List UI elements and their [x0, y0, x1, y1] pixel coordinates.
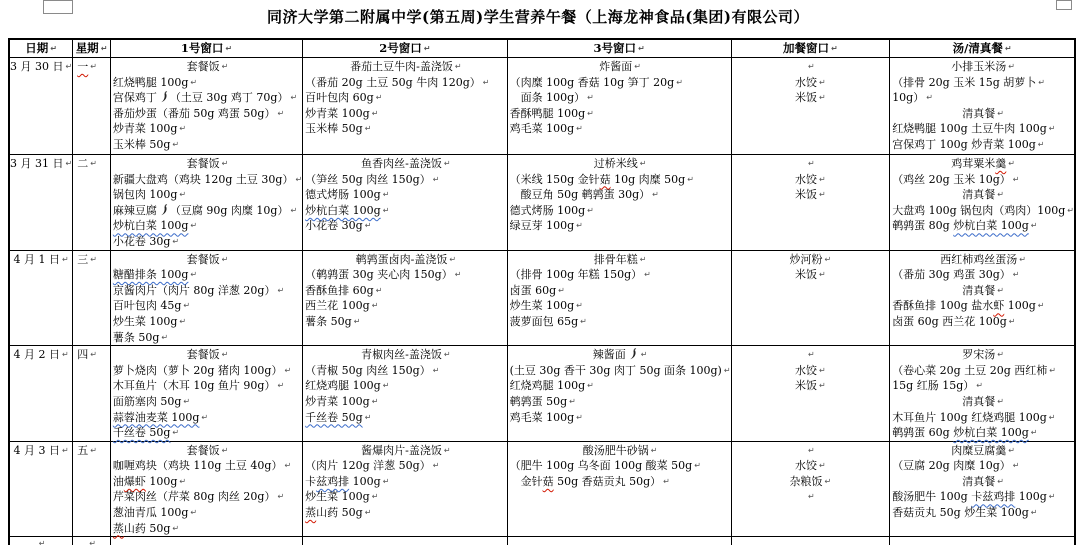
text-segment: 玉米棒 50g — [113, 138, 171, 151]
extra-window-lines: ↵水饺↵米饭↵ — [732, 58, 890, 106]
text-segment: 番茄炒蛋（番茄 50g 鸡蛋 50g） — [113, 107, 276, 120]
extra-window-lines: 炒河粉↵米饭↵ — [732, 251, 890, 283]
menu-line: 酸汤肥牛砂锅↵ — [510, 443, 731, 459]
menu-line: 清真餐↵ — [892, 187, 1074, 203]
paragraph-mark-icon: ↵ — [433, 461, 440, 470]
menu-line: 清真餐↵ — [892, 394, 1074, 410]
menu-line: 木耳鱼片 100g 红烧鸡腿 100g↵ — [892, 410, 1074, 426]
paragraph-mark-icon: ↵ — [179, 124, 186, 133]
window2-cell: 鹌鹑蛋卤肉-盖浇饭↵（鹌鹑蛋 30g 夹心肉 150g）↵香酥鱼排 60g↵西兰… — [303, 250, 507, 346]
header-cell-5: 加餐窗口↵ — [731, 39, 890, 58]
window3-cell-lines: 炸酱面↵（肉糜 100g 香菇 10g 笋丁 20g↵面条 100g）↵香酥鸭腿… — [508, 58, 731, 137]
menu-line: 炸酱面↵ — [510, 59, 731, 75]
window3-cell: 辣酱面↵(土豆 30g 香干 30g 肉丁 50g 面条 100g)↵红烧鸡腿 … — [507, 346, 731, 442]
menu-line: 排骨年糕↵ — [510, 252, 731, 268]
menu-line: 肉糜豆腐羹↵ — [892, 443, 1074, 459]
paragraph-mark-icon: ↵ — [1031, 221, 1038, 230]
window1-cell: 套餐饭↵红烧鸭腿 100g↵宫保鸡丁（土豆 30g 鸡丁 70g）↵番茄炒蛋（番… — [110, 58, 302, 155]
text-segment: 100g — [146, 475, 178, 488]
text-segment: 面条 100g） — [521, 91, 586, 104]
misspelled-text-segment: 炒杭白菜 100g — [953, 219, 1029, 232]
paragraph-mark-icon: ↵ — [576, 124, 583, 133]
paragraph-mark-icon: ↵ — [372, 492, 379, 501]
text-segment: （番茄 20g 土豆 50g 牛肉 120g） — [305, 76, 481, 89]
header-cell-6: 汤/清真餐↵ — [890, 39, 1075, 58]
chili-icon — [158, 204, 169, 216]
paragraph-mark-icon: ↵ — [50, 44, 57, 53]
window2-cell: 鱼香肉丝-盖浇饭↵（笋丝 50g 肉丝 150g）↵德式烤肠 100g↵炒杭白菜… — [303, 155, 507, 251]
text-segment: 肉糜豆腐羹 — [951, 444, 1006, 457]
paragraph-mark-icon: ↵ — [587, 206, 594, 215]
menu-line: 油爆虾 100g↵ — [113, 474, 302, 490]
paragraph-mark-icon: ↵ — [997, 350, 1004, 359]
menu-line: 红烧鸭腿 100g 土豆牛肉 100g↵ — [892, 121, 1074, 137]
window2-cell: 番茄土豆牛肉-盖浇饭↵（番茄 20g 土豆 50g 牛肉 120g）↵百叶包肉 … — [303, 58, 507, 155]
text-segment: 清真餐 — [962, 475, 995, 488]
paragraph-mark-icon: ↵ — [644, 270, 651, 279]
menu-line: 面筋塞肉 50g↵ — [113, 394, 302, 410]
menu-line: 番茄炒蛋（番茄 50g 鸡蛋 50g）↵ — [113, 106, 302, 122]
date-text: 4 月 2 日 — [14, 348, 61, 361]
text-segment: 小花卷 30g — [305, 219, 363, 232]
paragraph-mark-icon: ↵ — [638, 44, 645, 53]
menu-line: 套餐饭↵ — [113, 443, 302, 459]
misspelled-text-segment: 蒸 — [113, 522, 124, 535]
extra-window-lines: ↵水饺↵杂粮饭↵↵ — [732, 442, 890, 505]
menu-line: 京酱肉片（肉片 80g 洋葱 20g）↵ — [113, 283, 302, 299]
menu-line: 辣酱面↵ — [510, 347, 731, 363]
menu-line: 炒生菜 100g↵ — [510, 298, 731, 314]
paragraph-mark-icon: ↵ — [161, 333, 168, 342]
paragraph-mark-icon: ↵ — [90, 159, 97, 168]
text-segment: 宫保鸡丁 — [113, 91, 157, 104]
soup-halal-lines: 罗宋汤↵（卷心菜 20g 土豆 20g 西红柿↵15g 红肠 15g）↵清真餐↵… — [890, 346, 1074, 441]
paragraph-mark-icon: ↵ — [290, 206, 297, 215]
misspelled-text-segment: 兹鸡排 — [316, 475, 349, 488]
paragraph-mark-icon: ↵ — [39, 539, 46, 545]
paragraph-mark-icon: ↵ — [1008, 62, 1015, 71]
text-segment: （豆腐 20g 肉糜 10g） — [892, 459, 1011, 472]
paragraph-mark-icon: ↵ — [825, 477, 832, 486]
text-segment: 西兰花 100g — [305, 299, 370, 312]
menu-line: 水饺↵ — [732, 363, 890, 379]
paragraph-mark-icon: ↵ — [819, 190, 826, 199]
paragraph-mark-icon: ↵ — [444, 159, 451, 168]
date-cell: 4 月 3 日↵ — [9, 441, 73, 537]
text-segment: 红烧鸡腿 100g — [305, 379, 381, 392]
window2-cell-lines: 酱爆肉片-盖浇饭↵（肉片 120g 洋葱 50g）↵卡兹鸡排 100g↵炒生菜 … — [303, 442, 506, 521]
text-segment: 香酥鱼排 100g 盐水 — [892, 299, 993, 312]
menu-line: 红烧鸭腿 100g↵ — [113, 75, 302, 91]
paragraph-mark-icon: ↵ — [449, 255, 456, 264]
menu-line: 酸汤肥牛 100g 卡兹鸡排 100g↵ — [892, 489, 1074, 505]
paragraph-mark-icon: ↵ — [190, 508, 197, 517]
paragraph-mark-icon: ↵ — [687, 175, 694, 184]
menu-line: 宫保鸡丁 100g 炒青菜 100g↵ — [892, 137, 1074, 153]
menu-line: 炒青菜 100g↵ — [113, 121, 302, 137]
paragraph-mark-icon: ↵ — [222, 446, 229, 455]
text-segment: 青椒肉丝-盖浇饭 — [361, 348, 442, 361]
extra-window-cell: ↵水饺↵米饭↵ — [731, 155, 890, 251]
menu-line: 玉米棒 50g↵ — [305, 121, 506, 137]
menu-line: 鹌鹑蛋卤肉-盖浇饭↵ — [305, 252, 506, 268]
text-segment: （笋丝 50g 肉丝 150g） — [305, 173, 431, 186]
menu-line: 千丝卷 50g↵ — [113, 425, 302, 441]
window2-cell: 青椒肉丝-盖浇饭↵（青椒 50g 肉丝 150g）↵红烧鸡腿 100g↵炒青菜 … — [303, 346, 507, 442]
menu-line: 宫保鸡丁（土豆 30g 鸡丁 70g）↵ — [113, 90, 302, 106]
text-segment: 新疆大盘鸡（鸡块 120g 土豆 30g） — [113, 173, 294, 186]
paragraph-mark-icon: ↵ — [1008, 159, 1015, 168]
weekday-cell: 五↵ — [73, 441, 111, 537]
text-segment: 京酱肉片（肉片 80g 洋葱 20g） — [113, 284, 276, 297]
paragraph-mark-icon: ↵ — [433, 175, 440, 184]
header-cell-3: 2号窗口↵ — [303, 39, 507, 58]
extra-window-cell: ↵水饺↵米饭↵ — [731, 58, 890, 155]
menu-line: 鸡毛菜 100g↵ — [510, 121, 731, 137]
text-segment: 木耳鱼片 100g 红烧鸡腿 100g — [892, 411, 1047, 424]
paragraph-mark-icon: ↵ — [277, 286, 284, 295]
text-segment: （番茄 30g 鸡蛋 30g） — [892, 268, 1011, 281]
menu-line: 酸豆角 50g 鹌鹑蛋 30g）↵ — [510, 187, 731, 203]
text-segment: 炒青菜 100g — [305, 107, 370, 120]
text-segment: （鸡丝 20g 玉米 10g） — [892, 173, 1011, 186]
menu-line: 鸡茸粟米羹↵ — [892, 156, 1074, 172]
text-segment: （排骨 100g 年糕 150g） — [510, 268, 643, 281]
text-segment: （青椒 50g 肉丝 150g） — [305, 364, 431, 377]
text-segment: 卤蛋 60g 西兰花 100g — [892, 315, 1007, 328]
paragraph-mark-icon: ↵ — [383, 190, 390, 199]
text-segment: 酱爆肉片-盖浇饭 — [361, 444, 442, 457]
window3-cell-lines: 过桥米线↵（米线 150g 金针菇 10g 肉糜 50g↵酸豆角 50g 鹌鹑蛋… — [508, 155, 731, 234]
menu-line: 10g）↵ — [892, 90, 1074, 106]
menu-line: 玉米棒 50g↵ — [113, 137, 302, 153]
menu-line: 米饭↵ — [732, 90, 890, 106]
paragraph-mark-icon: ↵ — [433, 366, 440, 375]
paragraph-mark-icon: ↵ — [172, 524, 179, 533]
partial-cell — [303, 537, 507, 545]
paragraph-mark-icon: ↵ — [376, 286, 383, 295]
text-segment: 锅包肉 100g — [113, 188, 178, 201]
paragraph-mark-icon: ↵ — [295, 175, 302, 184]
window1-cell: 套餐饭↵咖喱鸡块（鸡块 110g 土豆 40g）↵油爆虾 100g↵芹菜肉丝（芹… — [110, 441, 302, 537]
paragraph-mark-icon: ↵ — [819, 175, 826, 184]
text-segment: 15g 红肠 15g） — [892, 379, 974, 392]
menu-line: 炒生菜 100g↵ — [305, 489, 506, 505]
paragraph-mark-icon: ↵ — [640, 159, 647, 168]
menu-line: 卤蛋 60g↵ — [510, 283, 731, 299]
text-segment: 鹌鹑蛋 60g — [892, 426, 953, 439]
paragraph-mark-icon: ↵ — [66, 62, 73, 71]
paragraph-mark-icon: ↵ — [62, 446, 69, 455]
menu-line: 米饭↵ — [732, 378, 890, 394]
menu-line: 红烧鸡腿 100g↵ — [510, 378, 731, 394]
menu-line: 香酥鱼排 60g↵ — [305, 283, 506, 299]
menu-line: 百叶包肉 45g↵ — [113, 298, 302, 314]
paragraph-mark-icon: ↵ — [66, 159, 73, 168]
menu-line: （豆腐 20g 肉糜 10g）↵ — [892, 458, 1074, 474]
paragraph-mark-icon: ↵ — [424, 44, 431, 53]
window2-cell: 酱爆肉片-盖浇饭↵（肉片 120g 洋葱 50g）↵卡兹鸡排 100g↵炒生菜 … — [303, 441, 507, 537]
text-segment: 炒生菜 100g — [113, 315, 178, 328]
window1-cell: 套餐饭↵糖醋排条 100g↵京酱肉片（肉片 80g 洋葱 20g）↵百叶包肉 4… — [110, 250, 302, 346]
menu-line: 金针菇 50g 香菇贡丸 50g）↵ — [510, 474, 731, 490]
menu-line: （番茄 20g 土豆 50g 牛肉 120g）↵ — [305, 75, 506, 91]
paragraph-mark-icon: ↵ — [808, 350, 815, 359]
paragraph-mark-icon: ↵ — [587, 93, 594, 102]
menu-line: 蒜蓉油麦菜 100g↵ — [113, 410, 302, 426]
menu-line: （排骨 100g 年糕 150g）↵ — [510, 267, 731, 283]
paragraph-mark-icon: ↵ — [1031, 428, 1038, 437]
page-title: 同济大学第二附属中学(第五周)学生营养午餐（上海龙神食品(集团)有限公司） — [0, 6, 1076, 27]
text-segment: 大盘鸡 100g 锅包肉（鸡肉）100g — [892, 204, 1065, 217]
text-segment: 油 — [113, 475, 124, 488]
menu-line: 小排玉米汤↵ — [892, 59, 1074, 75]
header-label: 汤/清真餐 — [953, 41, 1003, 55]
window3-cell: 炸酱面↵（肉糜 100g 香菇 10g 笋丁 20g↵面条 100g）↵香酥鸭腿… — [507, 58, 731, 155]
menu-line: 鹌鹑蛋 80g 炒杭白菜 100g↵ — [892, 218, 1074, 234]
menu-line: 米饭↵ — [732, 187, 890, 203]
paragraph-mark-icon: ↵ — [89, 539, 96, 545]
text-segment: 100g — [1015, 490, 1047, 503]
paragraph-mark-icon: ↵ — [90, 255, 97, 264]
text-segment: 米饭 — [795, 91, 817, 104]
paragraph-mark-icon: ↵ — [1008, 446, 1015, 455]
menu-line: 杂粮饭↵ — [732, 474, 890, 490]
text-segment: 葱油青瓜 100g — [113, 506, 189, 519]
menu-line: 番茄土豆牛肉-盖浇饭↵ — [305, 59, 506, 75]
menu-line: 卤蛋 60g 西兰花 100g↵ — [892, 314, 1074, 330]
menu-line: 麻辣豆腐（豆腐 90g 肉糜 10g）↵ — [113, 203, 302, 219]
menu-line: 香菇贡丸 50g 炒生菜 100g↵ — [892, 505, 1074, 521]
date-cell: 3 月 30 日↵ — [9, 58, 73, 155]
menu-line: 木耳鱼片（木耳 10g 鱼片 90g）↵ — [113, 378, 302, 394]
menu-line: 炒杭白菜 100g↵ — [305, 203, 506, 219]
text-segment: 10g） — [892, 91, 924, 104]
paragraph-mark-icon: ↵ — [284, 366, 291, 375]
paragraph-mark-icon: ↵ — [1038, 301, 1045, 310]
text-segment: 鱼香肉丝-盖浇饭 — [361, 157, 442, 170]
paragraph-mark-icon: ↵ — [1049, 124, 1056, 133]
text-segment: 菠萝面包 65g — [510, 315, 579, 328]
extra-window-lines: ↵水饺↵米饭↵ — [732, 155, 890, 203]
soup-halal-lines: 西红柿鸡丝蛋汤↵（番茄 30g 鸡蛋 30g）↵清真餐↵香酥鱼排 100g 盐水… — [890, 251, 1074, 330]
paragraph-mark-icon: ↵ — [634, 62, 641, 71]
menu-line: ↵ — [732, 59, 890, 75]
date-text: 3 月 30 日 — [10, 60, 64, 73]
paragraph-mark-icon: ↵ — [808, 159, 815, 168]
text-segment: 米饭 — [795, 268, 817, 281]
paragraph-mark-icon: ↵ — [997, 190, 1004, 199]
menu-line: 过桥米线↵ — [510, 156, 731, 172]
header-cell-1: 星期↵ — [73, 39, 111, 58]
paragraph-mark-icon: ↵ — [997, 397, 1004, 406]
text-segment: 鹌鹑蛋 50g — [510, 395, 568, 408]
misspelled-text-segment: 千丝卷 50g — [113, 426, 171, 439]
weekday-text: 五 — [77, 444, 88, 457]
soup-halal-lines: 小排玉米汤↵（排骨 20g 玉米 15g 胡萝卜↵10g）↵清真餐↵红烧鸭腿 1… — [890, 58, 1074, 153]
menu-line: 百叶包肉 60g↵ — [305, 90, 506, 106]
paragraph-mark-icon: ↵ — [172, 237, 179, 246]
text-segment: 50g 香菇贡丸 50g） — [554, 475, 662, 488]
text-segment: 面筋塞肉 50g — [113, 395, 182, 408]
paragraph-mark-icon: ↵ — [724, 366, 731, 375]
menu-line: 小花卷 30g↵ — [305, 218, 506, 234]
text-segment: 水饺 — [795, 364, 817, 377]
menu-line: 绿豆芽 100g↵ — [510, 218, 731, 234]
text-segment: 水饺 — [795, 76, 817, 89]
paragraph-mark-icon: ↵ — [558, 286, 565, 295]
paragraph-mark-icon: ↵ — [640, 255, 647, 264]
extra-window-cell: ↵水饺↵米饭↵ — [731, 346, 890, 442]
text-segment: 套餐饭 — [187, 60, 220, 73]
weekday-text: 三 — [77, 253, 88, 266]
window1-cell-lines: 套餐饭↵红烧鸭腿 100g↵宫保鸡丁（土豆 30g 鸡丁 70g）↵番茄炒蛋（番… — [111, 58, 302, 153]
soup-halal-cell: 西红柿鸡丝蛋汤↵（番茄 30g 鸡蛋 30g）↵清真餐↵香酥鱼排 100g 盐水… — [890, 250, 1075, 346]
menu-line: 糖醋排条 100g↵ — [113, 267, 302, 283]
text-segment: 德式烤肠 100g — [510, 204, 586, 217]
weekday-cell: 一↵ — [73, 58, 111, 155]
menu-line: 薯条 50g↵ — [305, 314, 506, 330]
text-segment: （肉片 120g 洋葱 50g） — [305, 459, 431, 472]
paragraph-mark-icon: ↵ — [976, 381, 983, 390]
menu-line: （米线 150g 金针菇 10g 肉糜 50g↵ — [510, 172, 731, 188]
paragraph-mark-icon: ↵ — [926, 93, 933, 102]
paragraph-mark-icon: ↵ — [569, 397, 576, 406]
menu-line: （番茄 30g 鸡蛋 30g）↵ — [892, 267, 1074, 283]
weekday-text: 四 — [77, 348, 88, 361]
header-label: 加餐窗口 — [783, 41, 829, 55]
menu-line: 西兰花 100g↵ — [305, 298, 506, 314]
paragraph-mark-icon: ↵ — [222, 255, 229, 264]
paragraph-mark-icon: ↵ — [997, 286, 1004, 295]
chili-icon — [627, 348, 638, 360]
text-segment: 鸡茸粟米 — [951, 157, 995, 170]
text-segment: 红烧鸡腿 100g — [510, 379, 586, 392]
text-segment: 卤蛋 60g — [510, 284, 557, 297]
menu-line: ↵ — [732, 489, 890, 505]
header-cell-0: 日期↵ — [9, 39, 73, 58]
header-label: 3号窗口 — [593, 41, 636, 55]
paragraph-mark-icon: ↵ — [1067, 206, 1074, 215]
menu-line: 大盘鸡 100g 锅包肉（鸡肉）100g↵ — [892, 203, 1074, 219]
text-segment: 清真餐 — [962, 188, 995, 201]
text-segment: 咖喱鸡块（鸡块 110g 土豆 40g） — [113, 459, 283, 472]
menu-line: 鹌鹑蛋 60g 炒杭白菜 100g↵ — [892, 425, 1074, 441]
text-segment: 炒生菜 100g — [510, 299, 575, 312]
text-segment: 小排玉米汤 — [951, 60, 1006, 73]
misspelled-text-segment: 虾 — [993, 299, 1004, 312]
text-segment: 金针 — [521, 475, 543, 488]
text-segment: 100g — [1004, 299, 1036, 312]
paragraph-mark-icon: ↵ — [179, 317, 186, 326]
menu-line: 清真餐↵ — [892, 106, 1074, 122]
partial-cell — [731, 537, 890, 545]
text-segment: 山药 50g — [124, 522, 171, 535]
misspelled-text-segment: 糖醋排条 100g — [113, 268, 189, 281]
partial-cell: ↵ — [73, 537, 111, 545]
paragraph-mark-icon: ↵ — [455, 62, 462, 71]
window3-cell: 过桥米线↵（米线 150g 金针菇 10g 肉糜 50g↵酸豆角 50g 鹌鹑蛋… — [507, 155, 731, 251]
paragraph-mark-icon: ↵ — [483, 78, 490, 87]
paragraph-mark-icon: ↵ — [365, 508, 372, 517]
text-segment: 米饭 — [795, 379, 817, 392]
menu-line: 炒青菜 100g↵ — [305, 394, 506, 410]
misspelled-text-segment: 羹 — [995, 157, 1006, 170]
text-segment: 麻辣豆腐 — [113, 204, 157, 217]
text-segment: （肉糜 100g 香菇 10g 笋丁 20g — [510, 76, 675, 89]
text-segment: 鸡毛菜 100g — [510, 122, 575, 135]
soup-halal-cell: 罗宋汤↵（卷心菜 20g 土豆 20g 西红柿↵15g 红肠 15g）↵清真餐↵… — [890, 346, 1075, 442]
menu-line: 蒸山药 50g↵ — [305, 505, 506, 521]
paragraph-mark-icon: ↵ — [222, 62, 229, 71]
paragraph-mark-icon: ↵ — [383, 206, 390, 215]
paragraph-mark-icon: ↵ — [354, 317, 361, 326]
partial-cell — [890, 537, 1075, 545]
paragraph-mark-icon: ↵ — [1049, 492, 1056, 501]
menu-line: 鱼香肉丝-盖浇饭↵ — [305, 156, 506, 172]
date-text: 3 月 31 日 — [10, 157, 64, 170]
paragraph-mark-icon: ↵ — [383, 477, 390, 486]
page-title-text: 同济大学第二附属中学(第五周)学生营养午餐（上海龙神食品(集团)有限公司） — [267, 8, 809, 26]
misspelled-text-segment: 炒杭白菜 100g — [953, 426, 1029, 439]
misspelled-text-segment: 蒸 — [305, 506, 316, 519]
paragraph-mark-icon: ↵ — [62, 255, 69, 264]
paragraph-mark-icon: ↵ — [819, 366, 826, 375]
paragraph-mark-icon: ↵ — [372, 397, 379, 406]
header-cell-4: 3号窗口↵ — [507, 39, 731, 58]
document-page: 同济大学第二附属中学(第五周)学生营养午餐（上海龙神食品(集团)有限公司） 日期… — [0, 0, 1076, 545]
window1-cell-lines: 套餐饭↵萝卜烧肉（萝卜 20g 猪肉 100g）↵木耳鱼片（木耳 10g 鱼片 … — [111, 346, 302, 441]
text-segment: 宫保鸡丁 100g 炒青菜 100g — [892, 138, 1036, 151]
text-segment: 酸汤肥牛 100g — [892, 490, 971, 503]
paragraph-mark-icon: ↵ — [819, 270, 826, 279]
paragraph-mark-icon: ↵ — [652, 190, 659, 199]
paragraph-mark-icon: ↵ — [101, 44, 108, 53]
menu-line: 套餐饭↵ — [113, 156, 302, 172]
paragraph-mark-icon: ↵ — [1049, 366, 1056, 375]
menu-line: 新疆大盘鸡（鸡块 120g 土豆 30g）↵ — [113, 172, 302, 188]
misspelled-text-segment: 炒杭白菜 100g — [305, 204, 381, 217]
text-segment: 排骨年糕 — [594, 253, 638, 266]
header-label: 日期 — [25, 41, 48, 55]
window3-cell: 酸汤肥牛砂锅↵（肥牛 100g 乌冬面 100g 酸菜 50g↵金针菇 50g … — [507, 441, 731, 537]
menu-line: 锅包肉 100g↵ — [113, 187, 302, 203]
menu-line: 青椒肉丝-盖浇饭↵ — [305, 347, 506, 363]
soup-halal-lines: 鸡茸粟米羹↵（鸡丝 20g 玉米 10g）↵清真餐↵大盘鸡 100g 锅包肉（鸡… — [890, 155, 1074, 234]
paragraph-mark-icon: ↵ — [365, 413, 372, 422]
header-label: 2号窗口 — [379, 41, 422, 55]
date-cell: 4 月 2 日↵ — [9, 346, 73, 442]
menu-line: 清真餐↵ — [892, 474, 1074, 490]
menu-line: ↵ — [732, 443, 890, 459]
paragraph-mark-icon: ↵ — [222, 350, 229, 359]
menu-line: （肉糜 100g 香菇 10g 笋丁 20g↵ — [510, 75, 731, 91]
paragraph-mark-icon: ↵ — [190, 78, 197, 87]
window2-cell-lines: 鱼香肉丝-盖浇饭↵（笋丝 50g 肉丝 150g）↵德式烤肠 100g↵炒杭白菜… — [303, 155, 506, 234]
menu-line: 套餐饭↵ — [113, 347, 302, 363]
menu-line: 菠萝面包 65g↵ — [510, 314, 731, 330]
menu-line: 清真餐↵ — [892, 283, 1074, 299]
menu-line: 水饺↵ — [732, 75, 890, 91]
window1-cell: 套餐饭↵萝卜烧肉（萝卜 20g 猪肉 100g）↵木耳鱼片（木耳 10g 鱼片 … — [110, 346, 302, 442]
menu-line: 水饺↵ — [732, 458, 890, 474]
text-segment: 100g — [349, 475, 381, 488]
paragraph-mark-icon: ↵ — [808, 446, 815, 455]
text-segment: 小花卷 30g — [113, 235, 171, 248]
text-segment: 辣酱面 — [593, 348, 626, 361]
paragraph-mark-icon: ↵ — [376, 93, 383, 102]
header-cell-2: 1号窗口↵ — [110, 39, 302, 58]
